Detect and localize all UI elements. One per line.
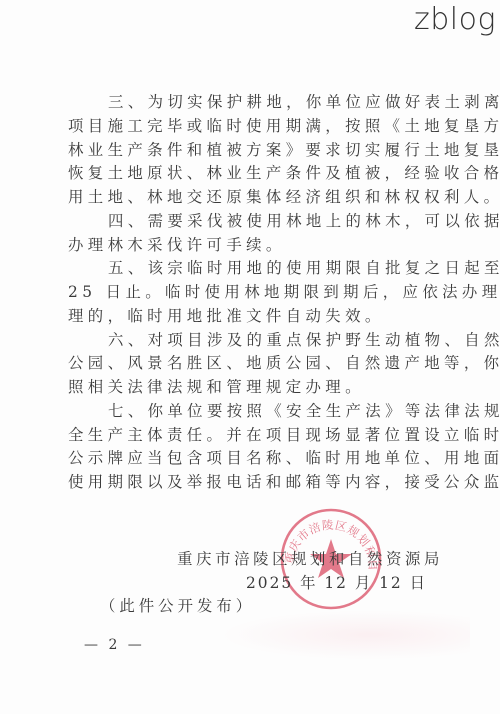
- text-line: 恢复土地原状、林业生产条件及植被，经验收合格后，将临时使: [68, 162, 434, 186]
- page-number: — 2 —: [84, 637, 145, 653]
- text-line: 公示牌应当包含项目名称、临时用地单位、用地面积、详细用途、: [68, 447, 434, 471]
- text-line: 项目施工完毕或临时使用期满，按照《土地复垦方案》和《恢复: [68, 115, 434, 139]
- text-line: 使用期限以及举报电话和邮箱等内容，接受公众监督。: [68, 471, 434, 495]
- text-line: 理的，临时用地批准文件自动失效。: [68, 305, 434, 329]
- watermark-logo: zblog: [414, 2, 496, 37]
- text-line: 办理林木采伐许可手续。: [68, 234, 434, 258]
- text-line: 林业生产条件和植被方案》要求切实履行土地复垦责任，一年内: [68, 139, 434, 163]
- text-line: 六、对项目涉及的重点保护野生动植物、自然保护区、湿地: [68, 329, 434, 353]
- text-line: 公园、风景名胜区、地质公园、自然遗产地等，你单位要严格按: [68, 352, 434, 376]
- text-line: 五、该宗临时用地的使用期限自批复之日起至 2027 年 7 月: [68, 257, 434, 281]
- text-line: 七、你单位要按照《安全生产法》等法律法规规定，落实安: [68, 400, 434, 424]
- issuing-organization: 重庆市涪陵区规划和自然资源局: [177, 547, 500, 569]
- issue-date: 2025 年 12 月 12 日: [246, 571, 500, 593]
- text-line: 全生产主体责任。并在项目现场显著位置设立临时用地公示牌，: [68, 424, 434, 448]
- stamp-bleed-through: [220, 610, 470, 660]
- text-line: 四、需要采伐被使用林地上的林木，可以依据本批复按规定: [68, 210, 434, 234]
- text-line: 三、为切实保护耕地，你单位应做好表土剥离工作。在工程: [68, 91, 434, 115]
- text-line: 照相关法律法规和管理规定办理。: [68, 376, 434, 400]
- document-body: 三、为切实保护耕地，你单位应做好表土剥离工作。在工程项目施工完毕或临时使用期满，…: [68, 91, 434, 495]
- text-line: 25 日止。临时使用林地期限到期后，应依法办理延期手续。未办: [68, 281, 434, 305]
- text-line: 用土地、林地交还原集体经济组织和林权权利人。: [68, 186, 434, 210]
